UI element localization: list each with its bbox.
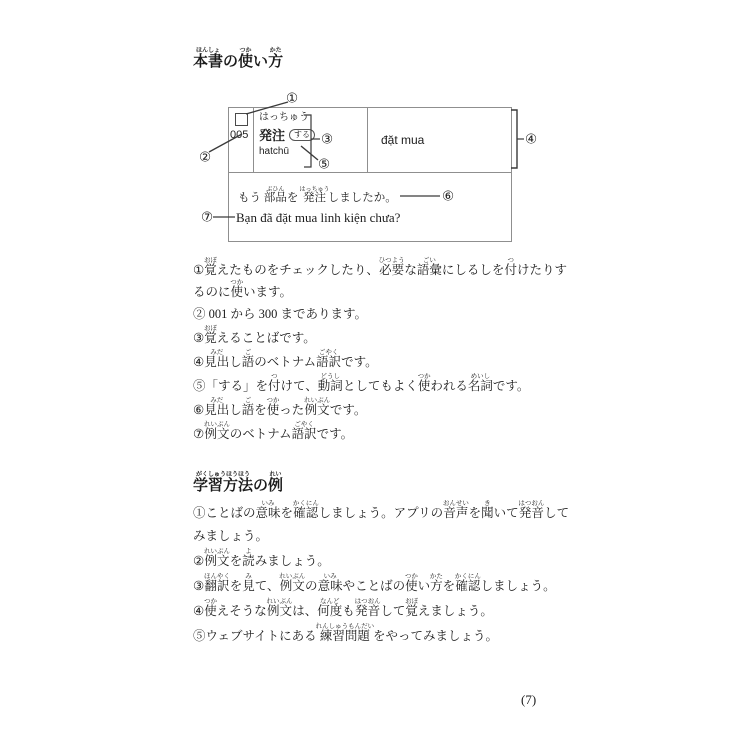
usage-item-2: ② 001 から 300 まであります。 — [193, 303, 577, 325]
callout-2: ② — [199, 150, 211, 164]
usage-item-3: ③覚おぼえることばです。 — [193, 325, 577, 349]
vocab-entry-diagram: 005 はっちゅう 発注 する hatchū đặt mua もう 部品ぶひんを… — [190, 85, 560, 250]
vocab-entry-box: 005 はっちゅう 発注 する hatchū đặt mua — [228, 107, 512, 173]
romaji: hatchū — [259, 146, 367, 158]
entry-number-cell: 005 — [229, 108, 254, 172]
study-item-5: ⑤ウェブサイトにある練習問題れんしゅうもんだいをやってみましょう。 — [193, 623, 577, 648]
check-box — [235, 113, 248, 126]
translation-cell: đặt mua — [368, 108, 511, 172]
example-japanese: もう 部品ぶひんを 発注はっちゅうしましたか。 — [238, 187, 397, 207]
book-page: 本書ほんしょの使つかい方かた 005 はっちゅう 発注 する hatchū đặ… — [0, 0, 750, 750]
page-number: (7) — [521, 692, 536, 708]
kana-reading: はっちゅう — [259, 112, 367, 124]
callout-1: ① — [286, 91, 298, 105]
callout-4: ④ — [525, 132, 537, 146]
study-steps-list: ①ことばの意味いみを確認かくにんしましょう。アプリの音声おんせいを聞きいて発音は… — [193, 500, 577, 648]
usage-item-5: ⑤「する」を付つけて、動詞どうしとしてもよく使つかわれる名詞めいしです。 — [193, 373, 577, 397]
usage-item-4: ④見出みだし語ごのベトナム語訳ごやくです。 — [193, 349, 577, 373]
example-vietnamese: Bạn đã đặt mua linh kiện chưa? — [236, 210, 400, 226]
study-item-4: ④使つかえそうな例文れいぶんは、何度なんども発音はつおんして覚おぼえましょう。 — [193, 598, 577, 623]
callout-3: ③ — [321, 132, 333, 146]
usage-item-6: ⑥見出みだし語ごを使つかった例文れいぶんです。 — [193, 397, 577, 421]
headword: 発注 — [259, 125, 285, 144]
study-section-title: 学習方法がくしゅうほうほうの例れい — [193, 472, 283, 495]
usage-notes-list: ①覚おぼえたものをチェックしたり、必要ひつような語彙ごいにしるしを付つけたりする… — [193, 257, 577, 445]
callout-6: ⑥ — [442, 189, 454, 203]
callout-5: ⑤ — [318, 157, 330, 171]
study-item-1: ①ことばの意味いみを確認かくにんしましょう。アプリの音声おんせいを聞きいて発音は… — [193, 500, 577, 548]
headword-cell: はっちゅう 発注 する hatchū — [254, 108, 368, 172]
usage-item-7: ⑦例文れいぶんのベトナム語訳ごやくです。 — [193, 421, 577, 445]
callout-7: ⑦ — [201, 210, 213, 224]
vietnamese-translation: đặt mua — [381, 133, 424, 147]
study-item-2: ②例文れいぶんを読よみましょう。 — [193, 548, 577, 573]
usage-section-title: 本書ほんしょの使つかい方かた — [193, 48, 283, 71]
usage-item-1: ①覚おぼえたものをチェックしたり、必要ひつような語彙ごいにしるしを付つけたりする… — [193, 257, 577, 303]
entry-number: 005 — [230, 129, 248, 141]
example-box: もう 部品ぶひんを 発注はっちゅうしましたか。 Bạn đã đặt mua l… — [228, 172, 512, 242]
suru-tag: する — [289, 129, 315, 141]
study-item-3: ③翻訳ほんやくを見みて、例文れいぶんの意味いみやことばの使つかい方かたを確認かく… — [193, 573, 577, 598]
